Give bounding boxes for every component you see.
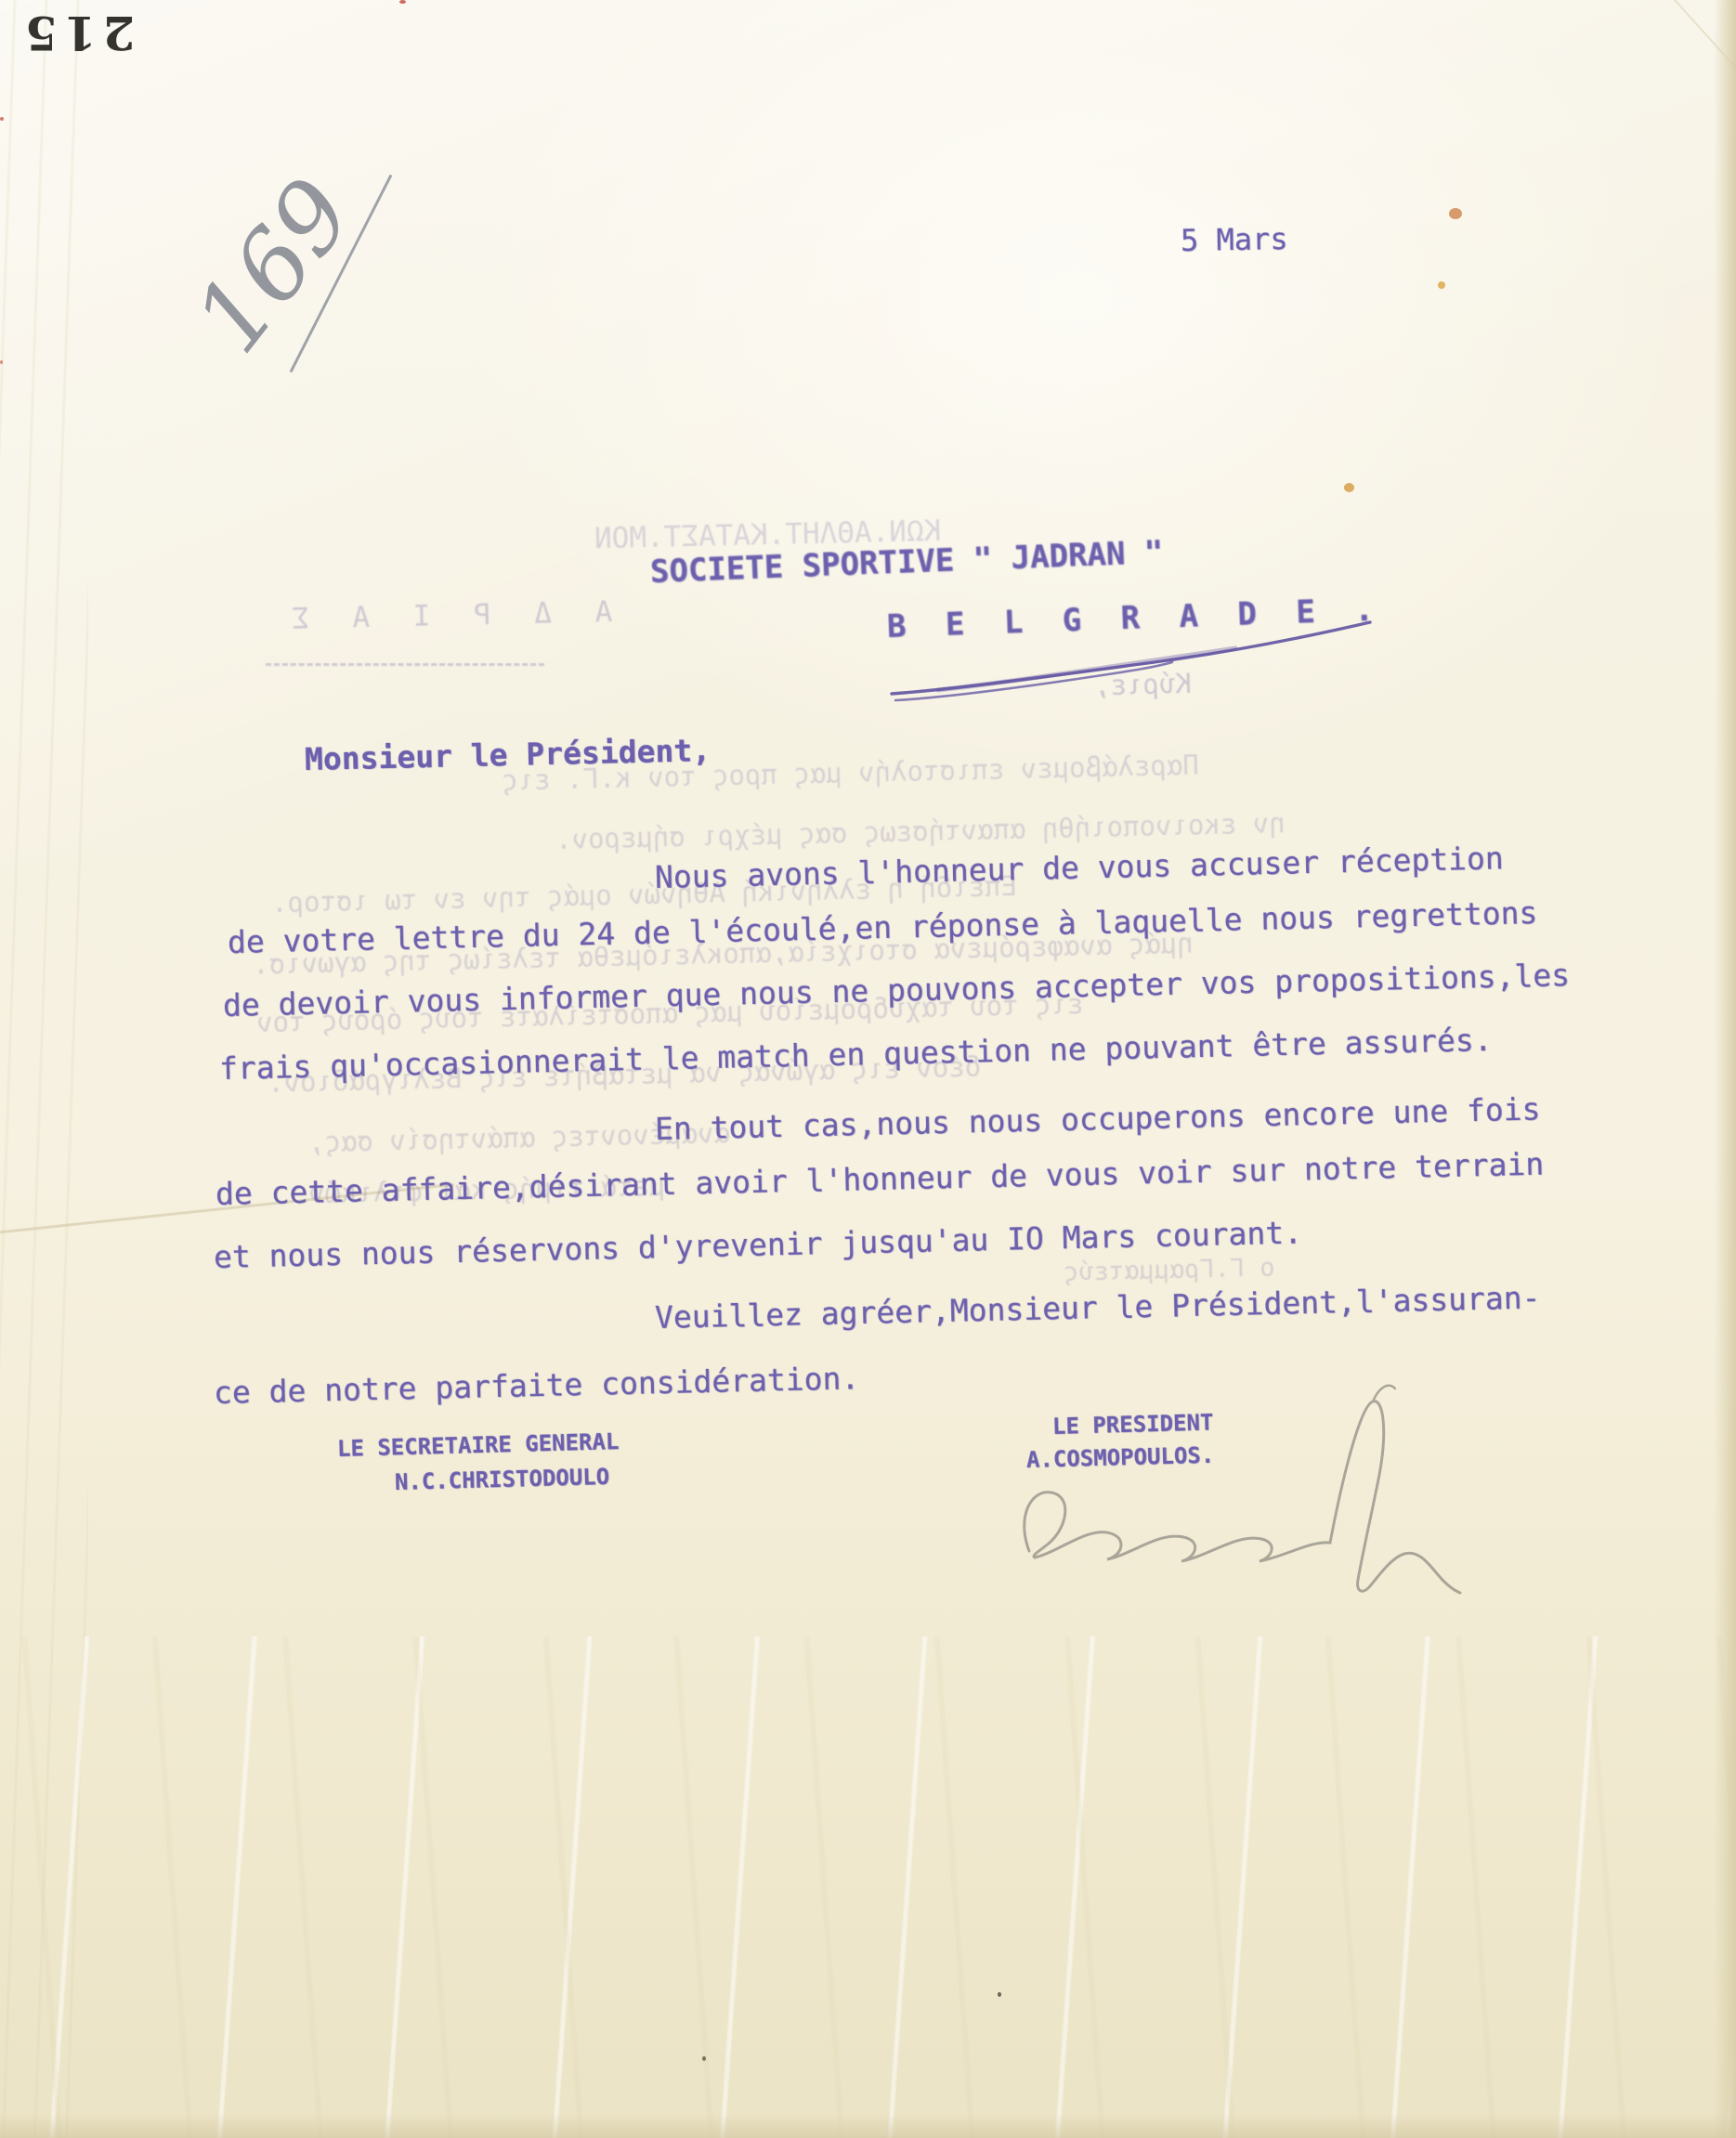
ghost-bleedthrough-line: ο Γ.Γραμματεύς xyxy=(1064,1253,1275,1286)
foxing-spot xyxy=(1344,483,1354,492)
ghost-dashed-underline xyxy=(266,663,544,666)
letter-date: 5 Mars xyxy=(1181,221,1288,258)
secretary-title: LE SECRETAIRE GENERAL xyxy=(337,1428,620,1462)
foxing-spot xyxy=(1449,208,1462,219)
scanned-letter-page: 215 169 5 Mars ΚΩΝ.ΑΘΛΗΤ.ΚΑΤΑΣΤ.ΜΟΝ Α Δ … xyxy=(0,0,1736,2138)
red-speck-left-edge xyxy=(0,360,3,364)
secretary-name: N.C.CHRISTODOULO xyxy=(395,1464,610,1495)
red-speck-top-edge xyxy=(399,0,406,4)
scan-right-edge-shadow xyxy=(1714,0,1736,2138)
body-line: Veuillez agréer,Monsieur le Président,l'… xyxy=(655,1279,1541,1336)
paper-crease-top-right xyxy=(1534,0,1736,232)
ghost-bleedthrough-line: Α Δ Ρ Ι Α Σ xyxy=(279,595,613,636)
dirt-speck xyxy=(998,1992,1001,1997)
president-signature-handwriting xyxy=(1003,1361,1486,1621)
belgrade-hand-underline xyxy=(882,604,1384,715)
archive-number-stamp: 215 xyxy=(19,6,135,60)
body-line: ce de notre parfaite considération. xyxy=(214,1360,860,1411)
paper-crease-left xyxy=(0,0,88,2138)
foxing-spot xyxy=(1438,281,1445,289)
paper-crease-bottom xyxy=(0,1636,1736,2138)
scan-bottom-edge-shadow xyxy=(0,2114,1736,2138)
red-speck-left-edge xyxy=(0,117,4,121)
body-line: En tout cas,nous nous occuperons encore … xyxy=(655,1090,1541,1147)
dirt-speck xyxy=(702,2056,706,2061)
